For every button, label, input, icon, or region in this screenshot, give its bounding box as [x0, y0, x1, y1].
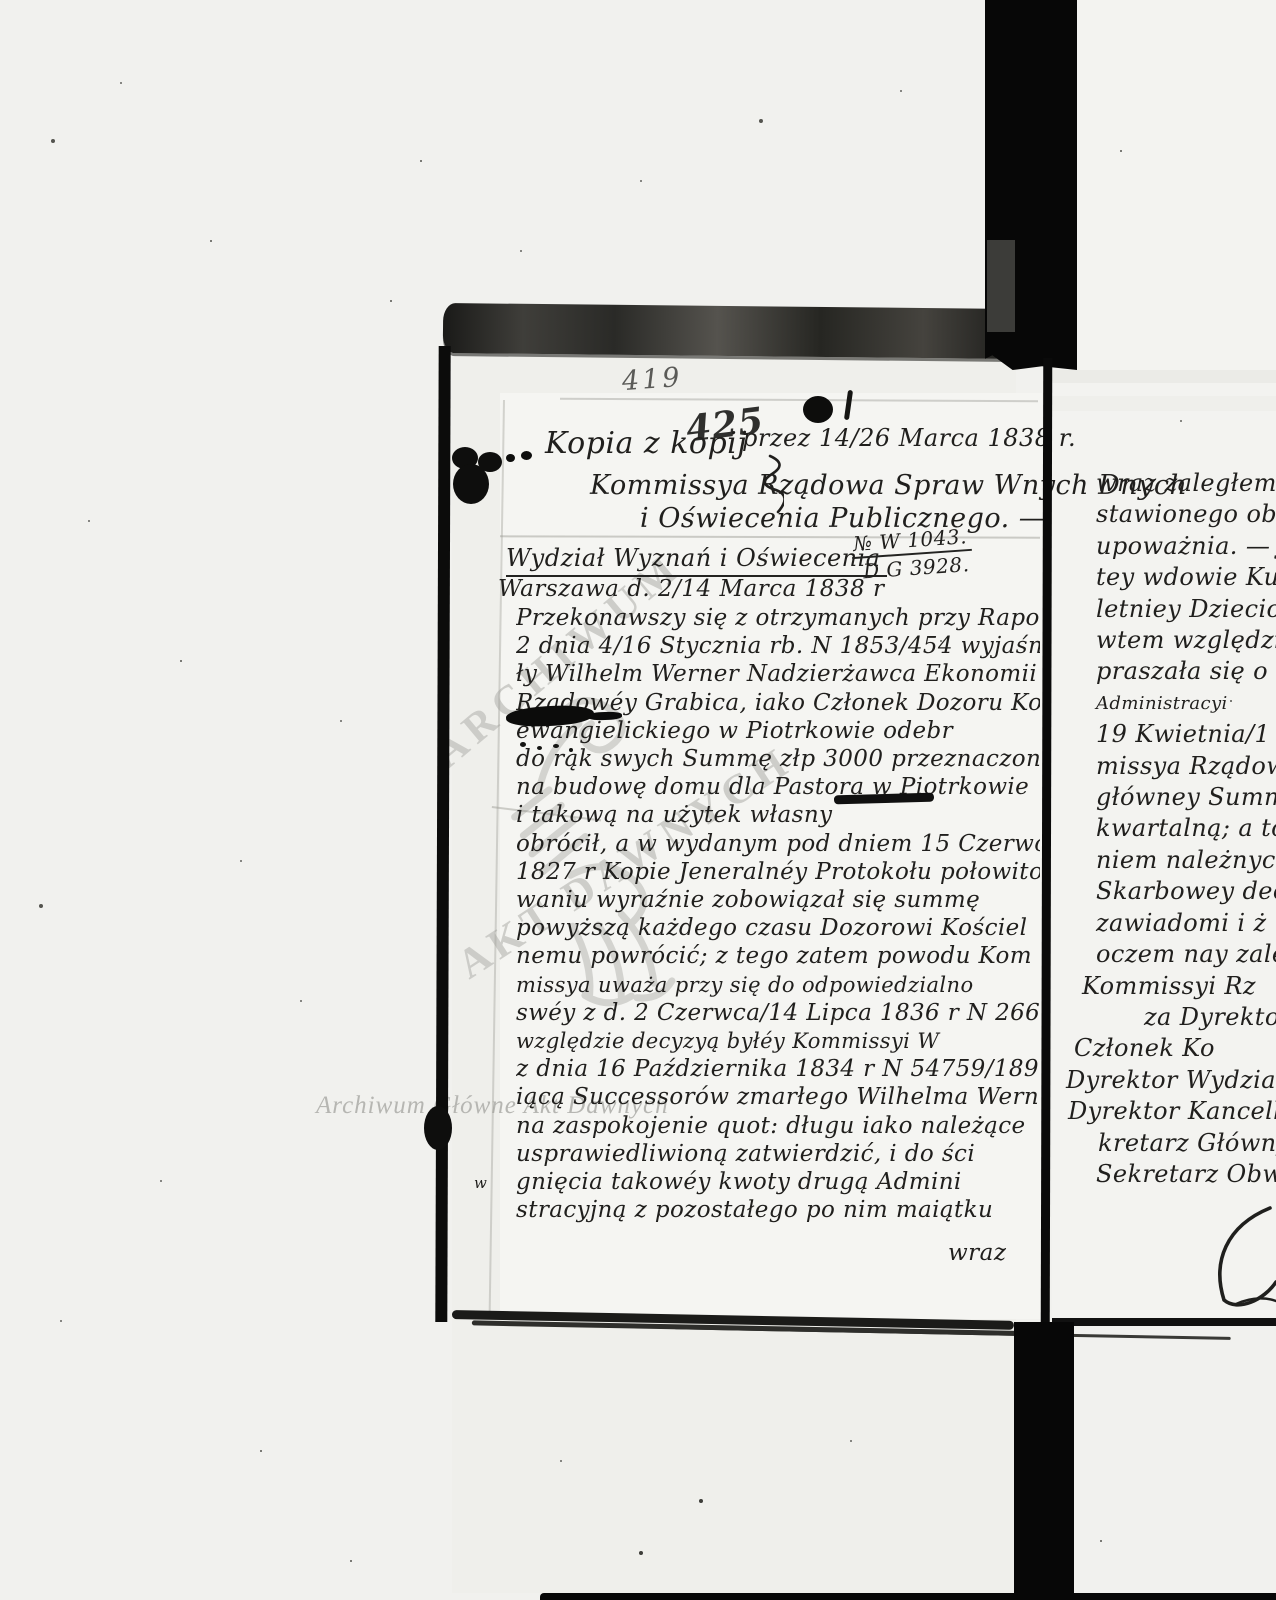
manuscript-line: iącą Successorów zmarłego Wilhelma Wern — [516, 1083, 1040, 1111]
closing-word: wraz — [948, 1240, 1007, 1266]
manuscript-line: Skarbowey decy — [1096, 876, 1276, 907]
manuscript-line: ły Wilhelm Werner Nadzierżawca Ekonomii — [516, 660, 1040, 688]
manuscript-line: missya Rządowa — [1096, 751, 1276, 782]
manuscript-line: nemu powrócić; z tego zatem powodu Kom — [516, 942, 1040, 970]
manuscript-line: na budowę domu dla Pastora w Piotrkowie — [516, 773, 1040, 801]
ink-blob — [424, 1106, 452, 1150]
manuscript-line: wraz zaległemi pro — [1096, 468, 1276, 499]
manuscript-line: upoważnia. — Ja — [1096, 531, 1276, 562]
scanner-gap-bottom — [1014, 1322, 1074, 1600]
ink-blob — [521, 451, 532, 460]
manuscript-line: obrócił, a w wydanym pod dniem 15 Czerwc — [516, 830, 1040, 858]
manuscript-line: stawionego obligu — [1096, 499, 1276, 530]
manuscript-line: ewangielickiego w Piotrkowie odebr — [516, 717, 1040, 745]
manuscript-line: niem należnych — [1096, 845, 1276, 876]
copy-note: Kopia z kopij — [545, 426, 747, 461]
manuscript-line: stracyjną z pozostałego po nim maiątku — [516, 1196, 1040, 1224]
manuscript-line: 19 Kwietnia/1 Maja r. z zam — [1096, 719, 1276, 750]
margin-ink-mark: w — [474, 1174, 487, 1192]
manuscript-line: swéy z d. 2 Czerwca/14 Lipca 1836 r N 26… — [516, 999, 1040, 1027]
ink-spatter — [520, 742, 526, 747]
manuscript-line: Administracyi — [1096, 688, 1276, 719]
under-sheet-right — [1070, 1328, 1276, 1594]
manuscript-line: 1827 r Kopie Jeneralnéy Protokołu połowi… — [516, 858, 1040, 886]
place-and-date-line: Warszawa d. 2/14 Marca 1838 r — [498, 576, 885, 602]
book-top-edge — [443, 303, 1015, 359]
manuscript-line: za Dyrektora Głów — [1144, 1002, 1276, 1033]
ink-spatter — [569, 748, 573, 752]
ink-blob — [506, 454, 515, 462]
manuscript-line: praszała się o — [1096, 656, 1276, 687]
dust-specks — [0, 0, 2, 2]
department-line: Wydział Wyznań i Oświecenia — [506, 544, 887, 577]
ink-spatter — [553, 744, 559, 748]
manuscript-line: Sekretarz Obwodu — [1096, 1159, 1276, 1190]
ink-blot — [803, 396, 833, 423]
manuscript-line: 2 dnia 4/16 Stycznia rb. N 1853/454 wyja… — [516, 632, 1040, 660]
pencil-folio-number: 419 — [621, 362, 684, 397]
right-page-shadow-streak — [1052, 396, 1276, 411]
manuscript-line: względzie decyzyą byłéy Kommissyi W — [516, 1027, 1040, 1055]
manuscript-line: usprawiedliwioną zatwierdzić, i do ści — [516, 1140, 1040, 1168]
manuscript-line: missya uważa przy się do odpowiedzialno — [516, 971, 1040, 999]
signature-flourish — [1198, 1200, 1276, 1310]
right-page-shadow-streak — [1052, 370, 1276, 383]
page-gutter-line — [1041, 358, 1053, 1324]
manuscript-line: tey wdowie Ku — [1096, 562, 1276, 593]
manuscript-line: główney Summy — [1096, 782, 1276, 813]
scanner-bottom-bar — [540, 1593, 1276, 1600]
manuscript-line: Kommissyi Rz — [1082, 971, 1276, 1002]
manuscript-body: Przekonawszy się z otrzymanych przy Rapo… — [516, 604, 1040, 1224]
manuscript-line: kretarz Główny Rządu Gubji — [1098, 1128, 1276, 1159]
book-spine-edge — [435, 346, 450, 1322]
manuscript-line: letniey Dzieciom — [1096, 594, 1276, 625]
manuscript-line: oczem nay zale — [1096, 939, 1276, 970]
ink-blob — [453, 464, 489, 504]
manuscript-line: gnięcia takowéy kwoty drugą Admini — [516, 1168, 1040, 1196]
archival-scan: ARCHIWUM AKT DAWNYCH Archiwum Główne Akt… — [0, 0, 1276, 1600]
manuscript-line: powyższą każdego czasu Dozorowi Kościel — [516, 914, 1040, 942]
sent-date-note: przez 14/26 Marca 1838 r. — [742, 424, 1076, 452]
manuscript-line: z dnia 16 Października 1834 r N 54759/18… — [516, 1055, 1040, 1083]
manuscript-line: Przekonawszy się z otrzymanych przy Rapo… — [516, 604, 1040, 632]
manuscript-line: wtem względzie — [1096, 625, 1276, 656]
scanner-gap-shadow — [987, 240, 1015, 332]
manuscript-line: waniu wyraźnie zobowiązał się summę — [516, 886, 1040, 914]
manuscript-line: Członek Ko — [1074, 1033, 1276, 1064]
commission-title-line2: i Oświecenia Publicznego. — — [640, 503, 1046, 534]
ink-spatter — [537, 746, 542, 750]
manuscript-line: kwartalną; a to — [1096, 813, 1276, 844]
manuscript-line: na zaspokojenie quot: długu iako należąc… — [516, 1112, 1040, 1140]
manuscript-line: Dyrektor Kancellaryi i — [1068, 1096, 1276, 1127]
manuscript-line: do rąk swych Summę złp 3000 przeznaczoną — [516, 745, 1040, 773]
right-page-body: wraz zaległemi prostawionego obliguupowa… — [1096, 468, 1276, 1190]
manuscript-line: Dyrektor Wydziału — [1066, 1065, 1276, 1096]
manuscript-line: zawiadomi i ż — [1096, 908, 1276, 939]
right-page-bottom-edge — [1052, 1318, 1276, 1326]
manuscript-line: i takową na użytek własny — [516, 801, 1040, 829]
